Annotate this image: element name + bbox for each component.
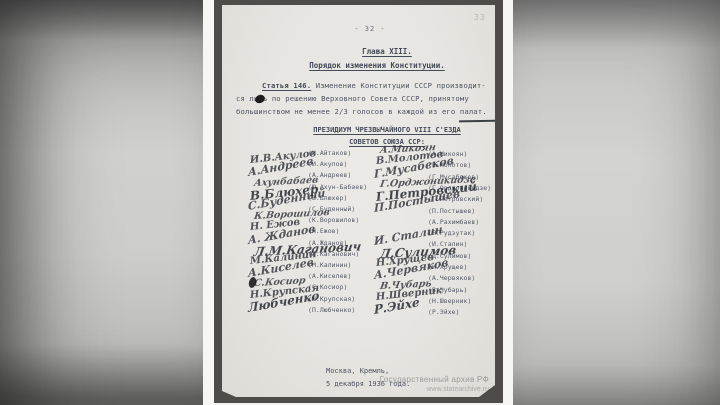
- article-line-1-text: Изменение Конституции СССР производит-: [311, 81, 486, 90]
- page-number: - 32 -: [340, 25, 400, 33]
- archive-watermark: Государственный архив РФ www.statearchiv…: [380, 375, 489, 393]
- presidium-heading-line-1: ПРЕЗИДИУМ ЧРЕЗВЫЧАЙНОГО VIII С'ЕЗДА: [292, 126, 482, 134]
- article-line-1: Статья 146. Изменение Конституции СССР п…: [262, 81, 486, 90]
- document-page: 33 - 32 - Глава XIII. Порядок изменения …: [222, 5, 495, 397]
- archive-watermark-url: www.statearchive.ru: [380, 386, 489, 393]
- pen-stroke: [459, 120, 505, 123]
- signer-typed-name: (А.Червяков): [428, 274, 475, 282]
- archival-folio-number: 33: [474, 13, 486, 22]
- chapter-heading: Глава XIII.: [327, 47, 447, 56]
- article-line-3: большинством не менее 2/3 голосов в кажд…: [236, 107, 487, 116]
- signer-row: Любченко(П.Любченко): [248, 305, 380, 316]
- signer-row: П.Постышев(П.Постышев): [374, 206, 510, 217]
- signer-typed-name: (А.Киселев): [308, 272, 351, 280]
- blurred-backdrop-right: [512, 0, 720, 405]
- signer-typed-name: (М.Калинин): [308, 261, 351, 269]
- signer-row: Р.Эйхе(Р.Эйхе): [374, 307, 510, 318]
- signer-typed-name: (К.Ворошилов): [308, 216, 359, 224]
- signer-typed-name: (Н.Шверник): [428, 297, 471, 305]
- signer-typed-name: (П.Постышев): [428, 207, 475, 215]
- archive-watermark-name: Государственный архив РФ: [380, 375, 489, 384]
- signer-typed-name: (И.Акулов): [308, 160, 347, 168]
- place-line: Москва, Кремль,: [326, 367, 389, 375]
- document-photo: 33 - 32 - Глава XIII. Порядок изменения …: [214, 0, 503, 403]
- blurred-backdrop-left: [0, 0, 204, 405]
- signer-typed-name: (П.Любченко): [308, 306, 355, 314]
- signer-typed-name: (Р.Эйхе): [428, 308, 460, 316]
- white-gap-right: [502, 0, 513, 405]
- video-frame: 33 - 32 - Глава XIII. Порядок изменения …: [0, 0, 720, 405]
- chapter-title: Порядок изменения Конституции.: [267, 61, 487, 70]
- article-number-label: Статья 146.: [262, 81, 311, 90]
- article-line-2: ся лишь по решению Верховного Совета ССС…: [236, 94, 469, 103]
